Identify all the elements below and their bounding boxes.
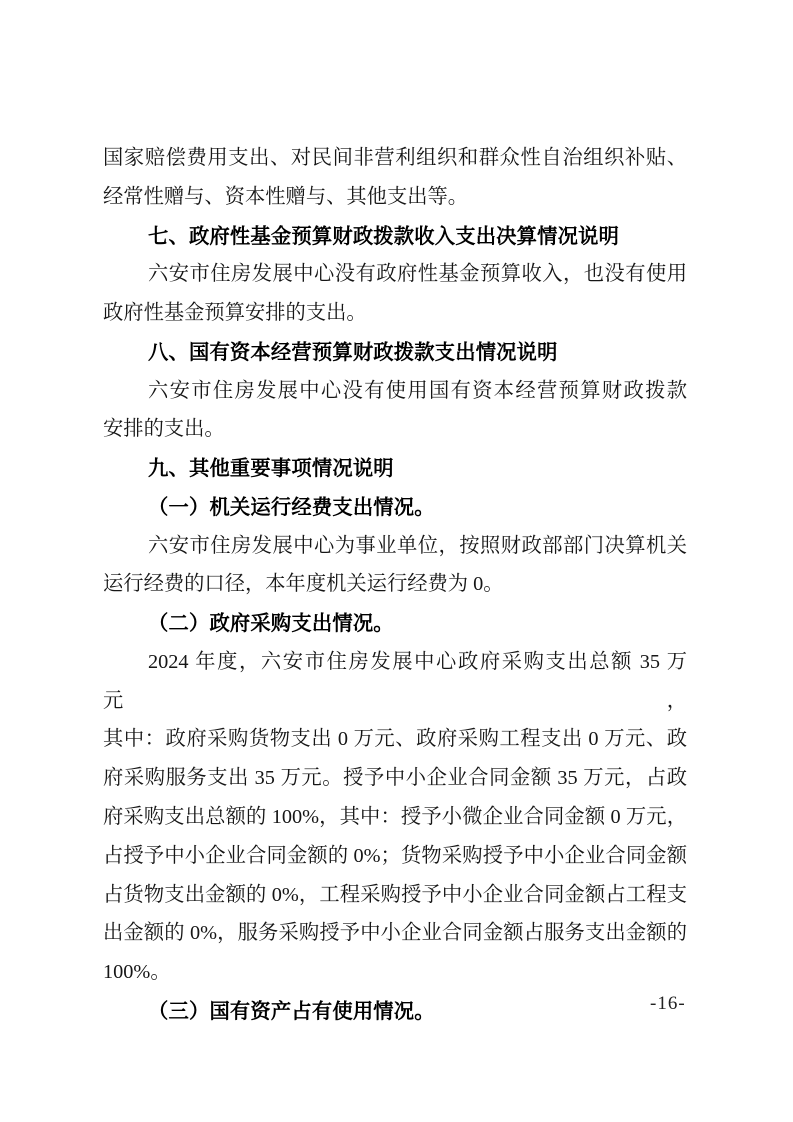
text-line: 经常性赠与、资本性赠与、其他支出等。 [103,178,687,217]
text-line: 国家赔偿费用支出、对民间非营利组织和群众性自治组织补贴、 [103,139,687,178]
section-heading: （二）政府采购支出情况。 [103,604,687,643]
text-line: 府采购服务支出 35 万元。授予中小企业合同金额 35 万元，占政 [103,759,687,798]
section-heading: 九、其他重要事项情况说明 [103,449,687,488]
text-line: 府采购支出总额的 100%，其中：授予小微企业合同金额 0 万元， [103,798,687,837]
text-line: 占货物支出金额的 0%，工程采购授予中小企业合同金额占工程支 [103,876,687,915]
section-heading: （一）机关运行经费支出情况。 [103,488,687,527]
text-line: 六安市住房发展中心没有政府性基金预算收入，也没有使用 [103,255,687,294]
document-body: 国家赔偿费用支出、对民间非营利组织和群众性自治组织补贴、经常性赠与、资本性赠与、… [103,139,687,1031]
text-line: 出金额的 0%，服务采购授予中小企业合同金额占服务支出金额的 [103,914,687,953]
text-line: 其中：政府采购货物支出 0 万元、政府采购工程支出 0 万元、政 [103,720,687,759]
section-heading: （三）国有资产占有使用情况。 [103,992,687,1031]
section-heading: 八、国有资本经营预算财政拨款支出情况说明 [103,333,687,372]
document-page: 国家赔偿费用支出、对民间非营利组织和群众性自治组织补贴、经常性赠与、资本性赠与、… [0,0,793,1122]
text-line: 2024 年度，六安市住房发展中心政府采购支出总额 35 万元， [103,643,687,721]
text-line: 安排的支出。 [103,410,687,449]
page-number: -16- [650,993,686,1015]
text-line: 运行经费的口径，本年度机关运行经费为 0。 [103,565,687,604]
text-line: 六安市住房发展中心没有使用国有资本经营预算财政拨款 [103,372,687,411]
section-heading: 七、政府性基金预算财政拨款收入支出决算情况说明 [103,217,687,256]
text-line: 六安市住房发展中心为事业单位，按照财政部部门决算机关 [103,527,687,566]
text-line: 政府性基金预算安排的支出。 [103,294,687,333]
text-line: 占授予中小企业合同金额的 0%；货物采购授予中小企业合同金额 [103,837,687,876]
text-line: 100%。 [103,953,687,992]
